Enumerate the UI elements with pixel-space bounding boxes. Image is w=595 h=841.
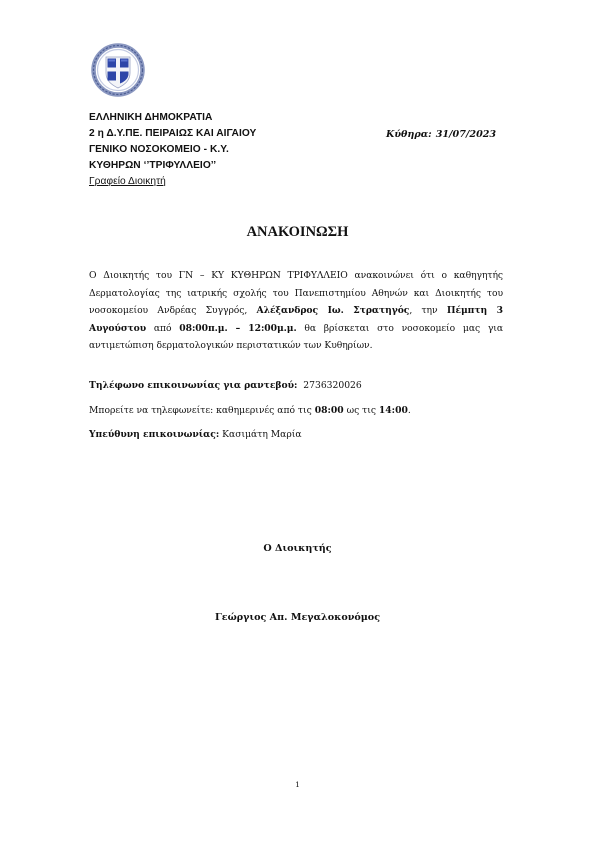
doctor-name: Αλέξανδρος Ιω. Στρατηγός xyxy=(257,305,410,316)
contact-person-label: Υπεύθυνη επικοινωνίας: xyxy=(89,429,219,440)
hours-to: 14:00 xyxy=(379,405,408,416)
phone-label: Τηλέφωνο επικοινωνίας για ραντεβού: xyxy=(89,380,297,391)
page-number: 1 xyxy=(0,780,595,789)
hours-text: . xyxy=(408,405,411,416)
hours-from: 08:00 xyxy=(315,405,344,416)
document-title: ΑΝΑΚΟΙΝΩΣΗ xyxy=(0,224,595,241)
announcement-text: , την xyxy=(409,305,446,316)
header-line-republic: ΕΛΛΗΝΙΚΗ ΔΗΜΟΚΡΑΤΙΑ xyxy=(89,110,256,126)
phone-line: Τηλέφωνο επικοινωνίας για ραντεβού: 2736… xyxy=(89,380,362,391)
header-line-hospital: ΓΕΝΙΚΟ ΝΟΣΟΚΟΜΕΙΟ - Κ.Υ. xyxy=(89,142,256,158)
date-label: Κύθηρα: xyxy=(386,129,432,140)
hours-text: Μπορείτε να τηλεφωνείτε: καθημερινές από… xyxy=(89,405,315,416)
visit-time-range: 08:00π.μ. – 12:00μ.μ. xyxy=(179,323,296,334)
announcement-text: από xyxy=(146,323,179,334)
office-label: Γραφείο Διοικητή xyxy=(89,174,256,190)
signature-title: Ο Διοικητής xyxy=(0,543,595,554)
announcement-paragraph: Ο Διοικητής του ΓΝ – ΚΥ ΚΥΘΗΡΩΝ ΤΡΙΦΥΛΛΕ… xyxy=(89,267,503,355)
header-line-hospital-name: ΚΥΘΗΡΩΝ ‘’ΤΡΙΦΥΛΛΕΙΟ’’ xyxy=(89,158,256,174)
signature-name: Γεώργιος Απ. Μεγαλοκονόμος xyxy=(0,612,595,623)
header-line-health-region: 2 η Δ.Υ.ΠΕ. ΠΕΙΡΑΙΩΣ ΚΑΙ ΑΙΓΑΙΟΥ xyxy=(89,126,256,142)
contact-person-line: Υπεύθυνη επικοινωνίας: Κασιμάτη Μαρία xyxy=(89,429,302,440)
greek-coat-of-arms-icon xyxy=(91,43,145,97)
hours-text: ως τις xyxy=(344,405,379,416)
hours-line: Μπορείτε να τηλεφωνείτε: καθημερινές από… xyxy=(89,405,411,416)
issuer-header: ΕΛΛΗΝΙΚΗ ΔΗΜΟΚΡΑΤΙΑ 2 η Δ.Υ.ΠΕ. ΠΕΙΡΑΙΩΣ… xyxy=(89,110,256,190)
contact-person-name: Κασιμάτη Μαρία xyxy=(222,429,301,440)
date-line: Κύθηρα:31/07/2023 xyxy=(386,129,496,140)
date-value: 31/07/2023 xyxy=(436,129,496,140)
phone-number: 2736320026 xyxy=(303,380,361,391)
